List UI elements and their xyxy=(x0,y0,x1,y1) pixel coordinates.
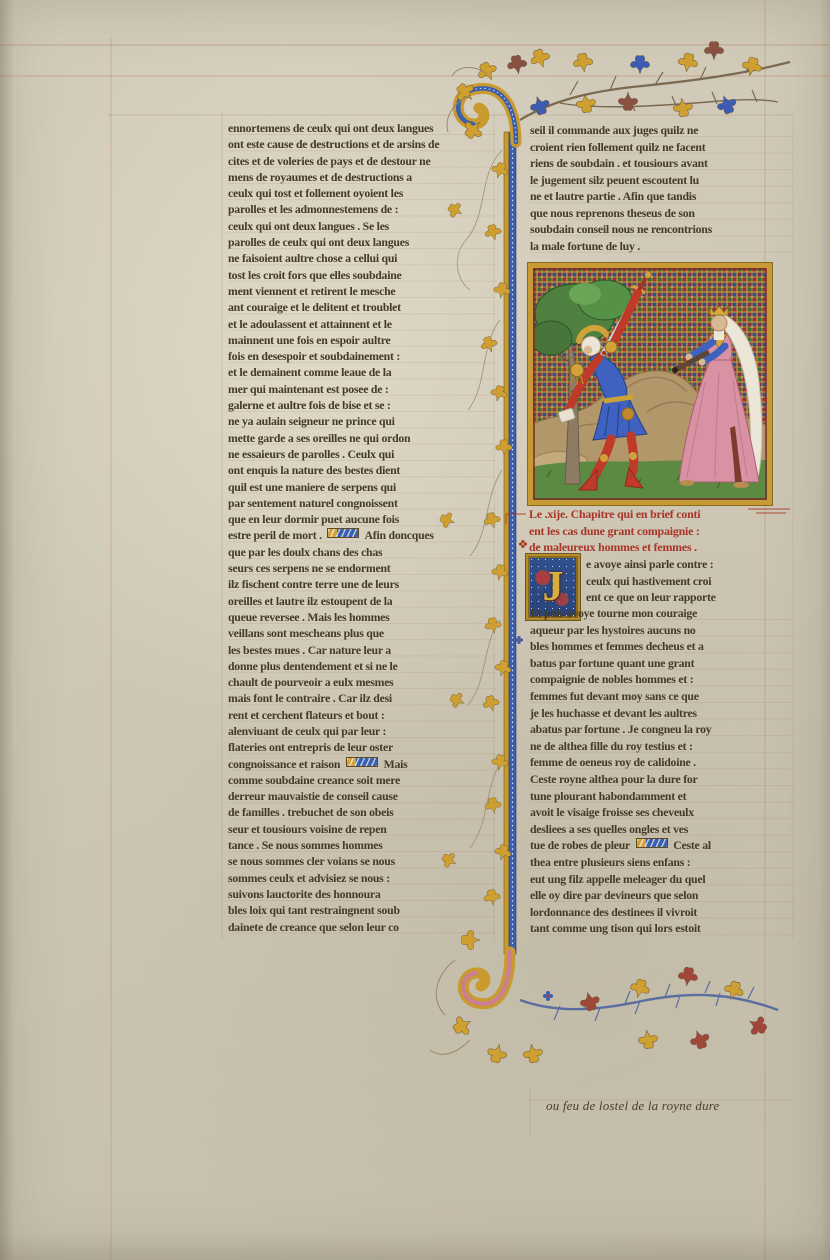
text-line: de familles . trebuchet de son obeis xyxy=(228,804,496,820)
left-text-column: ennortemens de ceulx qui ont deux langue… xyxy=(228,120,496,935)
text-line: alenviuant de ceulx qui par leur : xyxy=(228,723,496,739)
miniature xyxy=(527,262,773,506)
text-line: ment viennent et retirent le mesche xyxy=(228,283,496,299)
text-line: se nous sommes cler voians se nous xyxy=(228,853,496,869)
text-line: seil il commande aux juges quilz ne xyxy=(530,122,794,139)
right-text-column-upper: seil il commande aux juges quilz necroie… xyxy=(530,122,794,254)
text-line: seur et tousiours voisine de repen xyxy=(228,821,496,837)
text-line: que nous reprenons theseus de son xyxy=(530,205,794,222)
text-line: tune plourant habondamment et xyxy=(530,788,795,805)
text-line: et le adoulassent et attainnent et le xyxy=(228,316,496,332)
text-line: et le demainent comme leaue de la xyxy=(228,364,496,380)
chapter-rubric: Le .xije. Chapitre qui en brief contient… xyxy=(529,506,795,556)
text-line: queue reversee . Mais les hommes xyxy=(228,609,496,625)
text-line: Le .xije. Chapitre qui en brief conti xyxy=(529,506,795,523)
text-line: ne ya aulain seigneur ne prince qui xyxy=(228,413,496,429)
text-line: compaignie de nobles hommes et : xyxy=(530,671,795,688)
text-line: ont enquis la nature des bestes dient xyxy=(228,462,496,478)
text-line: que en leur dormir puet aucune fois xyxy=(228,511,496,527)
text-line: tue de robes de pleur Ceste al xyxy=(530,837,795,854)
text-line: congnoissance et raison Mais xyxy=(228,756,496,772)
text-line: mer qui maintenant est posee de : xyxy=(228,381,496,397)
initial-letter: J xyxy=(543,563,564,611)
text-line: e avoye ainsi parle contre : xyxy=(586,556,794,573)
text-line: ne et lautre partie . Afin que tandis xyxy=(530,188,794,205)
text-line: desliees a ses quelles ongles et ves xyxy=(530,821,795,838)
text-line: ont este cause de destructions et de ars… xyxy=(228,136,496,152)
text-line: batus par fortune quant une grant xyxy=(530,655,795,672)
catchword: ou feu de lostel de la royne dure xyxy=(546,1098,720,1114)
text-line: flateries ont entrepris de leur oster xyxy=(228,739,496,755)
chapter-text-opening: e avoye ainsi parle contre :ceulx qui ha… xyxy=(586,556,794,606)
text-line: ilz fischent contre terre une de leurs xyxy=(228,576,496,592)
text-line: les bestes mues . Car nature leur a xyxy=(228,642,496,658)
text-line: femme de oeneus roy de calidoine . xyxy=(530,754,795,771)
bottom-vine xyxy=(430,930,778,1064)
text-line: riens de soubdain . et tousiours avant xyxy=(530,155,794,172)
text-line: mainnent une fois en espoir aultre xyxy=(228,332,496,348)
text-line: ant couraige et le delitent et troublet xyxy=(228,299,496,315)
text-line: veillans sont mescheans plus que xyxy=(228,625,496,641)
text-line: bles hommes et femmes decheus et a xyxy=(530,638,795,655)
text-line: oreilles et lautre ilz estoupent de la xyxy=(228,593,496,609)
text-line: par sentement naturel congnoissent xyxy=(228,495,496,511)
parchment-page: ennortemens de ceulx qui ont deux langue… xyxy=(0,0,830,1260)
text-line: Ceste royne althea pour la dure for xyxy=(530,771,795,788)
text-line: croient rien follement quilz ne facent xyxy=(530,139,794,156)
text-line: ent ce que on leur rapporte xyxy=(586,589,794,606)
text-line: mens de royaumes et de destructions a xyxy=(228,169,496,185)
text-line: derreur mauvaistie de conseil cause xyxy=(228,788,496,804)
text-line: chault de pourveoir a eulx mesmes xyxy=(228,674,496,690)
text-line: donne plus dentendement et si ne le xyxy=(228,658,496,674)
text-line: parolles et les admonnestemens de : xyxy=(228,201,496,217)
text-line: quil est une maniere de serpens qui xyxy=(228,479,496,495)
text-line: ne de althea fille du roy testius et : xyxy=(530,738,795,755)
text-line: je les huchasse et devant les aultres xyxy=(530,705,795,722)
line-filler-ornament xyxy=(346,757,378,767)
text-line: dainete de creance que selon leur co xyxy=(228,919,496,935)
text-line: fois en desespoir et soubdainement : xyxy=(228,348,496,364)
text-line: abatus par fortune . Je congneu la roy xyxy=(530,721,795,738)
text-line: ent les cas dune grant compaignie : xyxy=(529,523,795,540)
text-line: parolles de ceulx qui ont deux langues xyxy=(228,234,496,250)
text-line: tost les croit fors que elles soubdaine xyxy=(228,267,496,283)
text-line: soubdain conseil nous ne rencontrions xyxy=(530,221,794,238)
text-line: ceulx qui hastivement croi xyxy=(586,573,794,590)
text-line: aqueur par les hystoires aucuns no xyxy=(530,622,795,639)
text-line: mette garde a ses oreilles ne qui ordon xyxy=(228,430,496,446)
text-line: suivons lauctorite des honnoura xyxy=(228,886,496,902)
text-line: le jugement silz peuent escoutent lu xyxy=(530,172,794,189)
text-line: thea entre plusieurs siens enfans : xyxy=(530,854,795,871)
text-line: seurs ces serpens ne se endorment xyxy=(228,560,496,576)
text-line: cites et de voleries de pays et de desto… xyxy=(228,153,496,169)
text-line: ceulx qui tost et follement oyoient les xyxy=(228,185,496,201)
text-line: eut ung filz appelle meleager du quel xyxy=(530,871,795,888)
text-line: lordonnance des destinees il vivroit xyxy=(530,904,795,921)
text-line: tance . Se nous sommes hommes xyxy=(228,837,496,853)
text-line: ne essaieurs de parolles . Ceulx qui xyxy=(228,446,496,462)
text-line: femmes fut devant moy sans ce que xyxy=(530,688,795,705)
text-line: Et puis avoye tourne mon couraige xyxy=(530,605,795,622)
chapter-text: Et puis avoye tourne mon couraigeaqueur … xyxy=(530,605,795,937)
text-line: elle oy dire par devineurs que selon xyxy=(530,887,795,904)
text-line: rent et cerchent flateurs et bout : xyxy=(228,707,496,723)
ivy-leaves xyxy=(450,930,770,1064)
text-line: estre peril de mort . Afin doncques xyxy=(228,527,496,543)
text-line: sommes ceulx et advisiez se nous : xyxy=(228,870,496,886)
text-line: galerne et aultre fois de bise et se : xyxy=(228,397,496,413)
line-filler-ornament xyxy=(636,838,668,848)
text-line: bles loix qui tant restraingnent soub xyxy=(228,902,496,918)
line-filler-ornament xyxy=(327,528,359,538)
text-line: mais font le contraire . Car ilz desi xyxy=(228,690,496,706)
text-line: la male fortune de luy . xyxy=(530,238,794,255)
text-line: avoit le visaige froisse ses cheveulx xyxy=(530,804,795,821)
text-line: ennortemens de ceulx qui ont deux langue… xyxy=(228,120,496,136)
text-line: ceulx qui ont deux langues . Se les xyxy=(228,218,496,234)
text-line: que par les doulx chans des chas xyxy=(228,544,496,560)
text-line: tant comme ung tison qui lors estoit xyxy=(530,920,795,937)
text-line: ne faisoient aultre chose a cellui qui xyxy=(228,250,496,266)
text-line: comme soubdaine creance soit mere xyxy=(228,772,496,788)
